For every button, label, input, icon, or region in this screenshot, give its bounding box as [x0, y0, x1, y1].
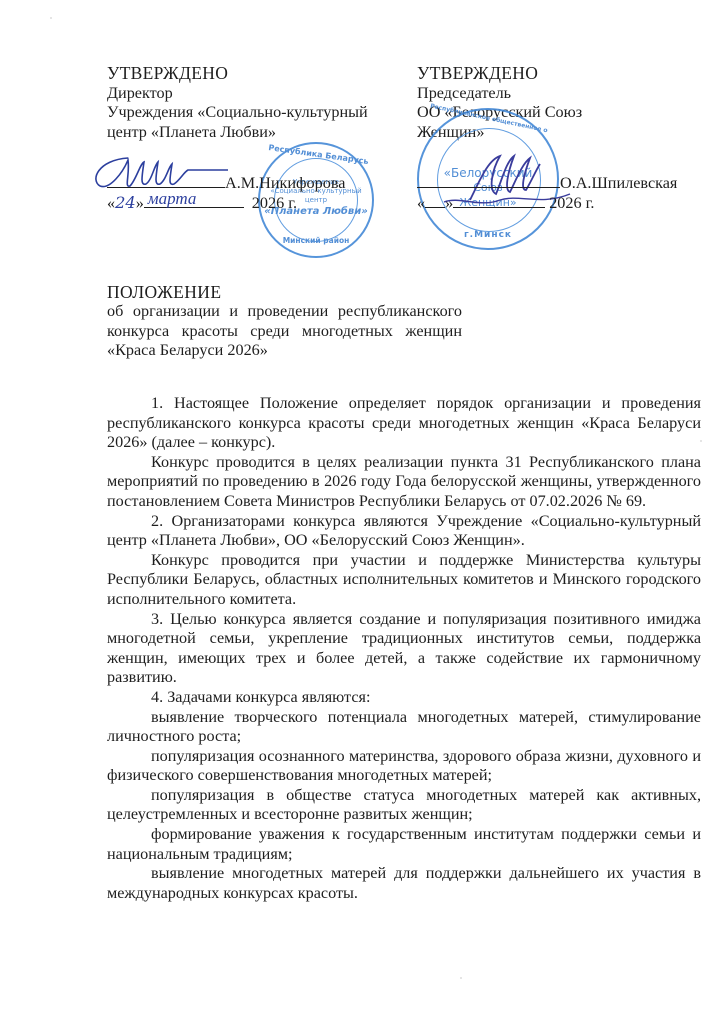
paragraph-1: 1. Настоящее Положение определяет порядо… — [107, 394, 701, 453]
signature-blank — [107, 172, 225, 188]
paragraph-4: 4. Задачами конкурса являются: — [107, 688, 701, 708]
paragraph-2: 2. Организаторами конкурса являются Учре… — [107, 512, 701, 551]
date-month-handwritten: марта — [148, 189, 197, 209]
date-quote: » — [445, 194, 453, 212]
subtitle-line: об организации и проведении республиканс… — [107, 302, 462, 322]
task-item: выявление многодетных матерей для поддер… — [107, 864, 701, 903]
signer-name: А.М.Никифорова — [225, 174, 345, 192]
document-body: 1. Настоящее Положение определяет порядо… — [107, 394, 701, 903]
paragraph-2-support: Конкурс проводится при участии и поддерж… — [107, 551, 701, 610]
approver-org-line2: центр «Планета Любви» — [107, 123, 407, 143]
date-month-blank: марта — [144, 192, 244, 208]
scan-speck — [700, 440, 702, 442]
date-quote: « — [417, 194, 425, 212]
signature-line-left: А.М.Никифорова — [107, 172, 345, 194]
signer-name: О.А.Шпилевская — [560, 174, 677, 192]
scan-speck — [460, 977, 462, 979]
paragraph-3: 3. Целью конкурса является создание и по… — [107, 610, 701, 688]
signature-blank — [417, 172, 560, 188]
date-line-right: «»2026 г. — [417, 192, 594, 214]
approver-position: Председатель — [417, 84, 707, 104]
subtitle-line: «Краса Беларуси 2026» — [107, 341, 462, 361]
date-line-left: «24»марта2026 г. — [107, 192, 297, 214]
date-year: 2026 г. — [252, 194, 297, 212]
approval-header: УТВЕРЖДЕНО — [417, 64, 707, 84]
scan-speck — [50, 17, 52, 19]
task-item: популяризация осознанного материнства, з… — [107, 747, 701, 786]
approver-position: Директор — [107, 84, 407, 104]
task-item: выявление творческого потенциала многоде… — [107, 708, 701, 747]
date-day-blank — [425, 192, 445, 208]
approval-header: УТВЕРЖДЕНО — [107, 64, 407, 84]
task-item: популяризация в обществе статуса многоде… — [107, 786, 701, 825]
document-subtitle: об организации и проведении республиканс… — [107, 302, 462, 361]
paragraph-1-purpose: Конкурс проводится в целях реализации пу… — [107, 453, 701, 512]
document-title: ПОЛОЖЕНИЕ — [107, 282, 221, 302]
signature-line-right: О.А.Шпилевская — [417, 172, 677, 194]
date-quote: « — [107, 194, 115, 212]
approval-block-left: УТВЕРЖДЕНО Директор Учреждения «Социальн… — [107, 64, 407, 142]
stamp-outer-bottom-text: г.Минск — [419, 230, 557, 240]
task-item: формирование уважения к государственным … — [107, 825, 701, 864]
stamp-outer-bottom-text: Минский район — [260, 236, 372, 245]
approver-org-line1: Учреждения «Социально-культурный — [107, 103, 407, 123]
date-month-blank — [453, 192, 545, 208]
date-day-handwritten: 24 — [115, 193, 136, 212]
document-page: УТВЕРЖДЕНО Директор Учреждения «Социальн… — [0, 0, 724, 1024]
subtitle-line: конкурса красоты среди многодетных женщи… — [107, 322, 462, 342]
date-year: 2026 г. — [549, 194, 594, 212]
date-quote: » — [136, 194, 144, 212]
